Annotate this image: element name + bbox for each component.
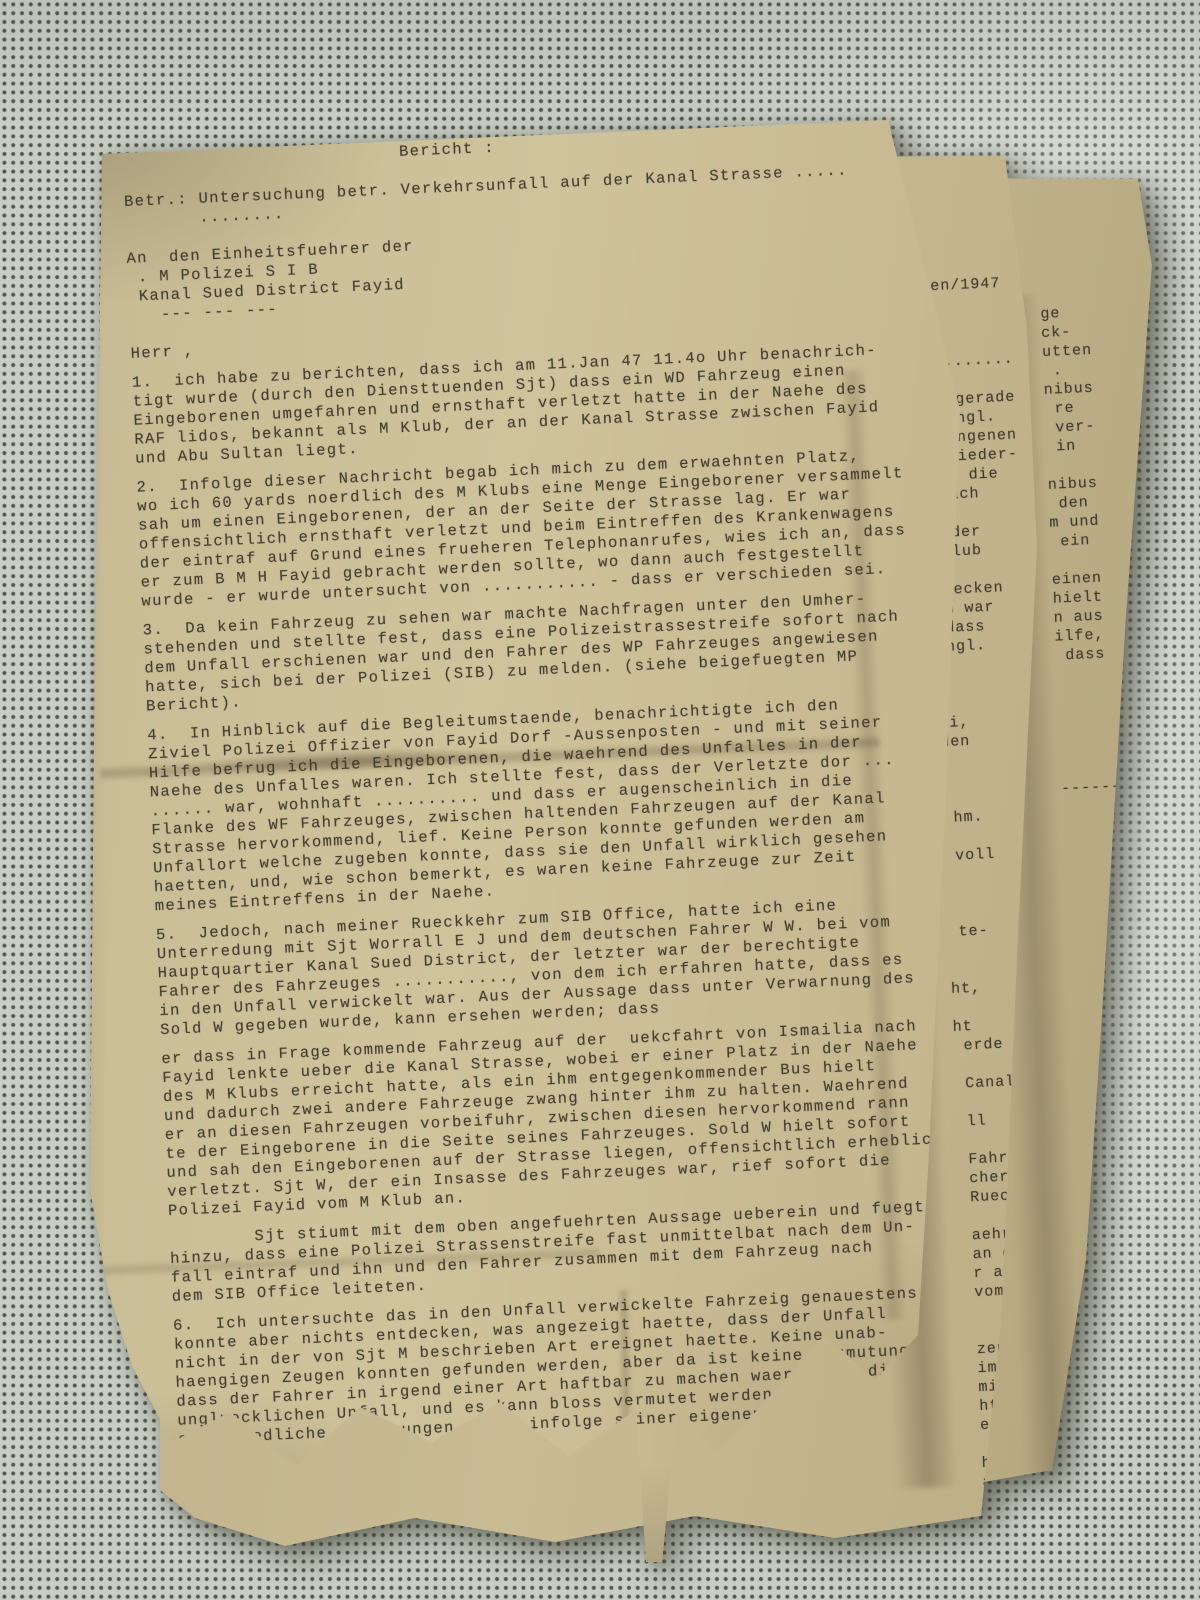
text-line: den xyxy=(1048,490,1169,514)
page3-text-fragments: geck-utten .nibus re ver- in nibus denm … xyxy=(1040,300,1181,799)
document-stack: geck-utten .nibus re ver- in nibus denm … xyxy=(0,0,1200,1600)
photo-background: geck-utten .nibus re ver- in nibus denm … xyxy=(0,0,1200,1600)
text-line: nibus xyxy=(1043,376,1164,400)
paragraph-2: 2. Infolge dieser Nachricht begab ich mi… xyxy=(136,443,961,612)
text-line xyxy=(1058,717,1179,741)
text-line: ilfe, xyxy=(1054,622,1175,646)
paragraph-4: 4. In Hinblick auf die Begleitumstaende,… xyxy=(147,691,975,917)
text-line xyxy=(1060,755,1181,779)
text-line: ------ xyxy=(1061,774,1182,798)
report-text: Bericht : Betr.: Untersuchung betr. Verk… xyxy=(122,119,999,1469)
paragraph-5-continued: er dass in Frage kommende Fahrzeug auf d… xyxy=(161,1014,988,1221)
paragraph-5: 5. Jedoch, nach meiner Rueckkehr zum SIB… xyxy=(156,890,980,1040)
text-line: . xyxy=(1042,357,1163,381)
text-line: n aus xyxy=(1053,603,1174,627)
text-line xyxy=(1059,736,1180,760)
text-line: nibus xyxy=(1047,471,1168,495)
report-header: Bericht : Betr.: Untersuchung betr. Verk… xyxy=(122,119,950,364)
